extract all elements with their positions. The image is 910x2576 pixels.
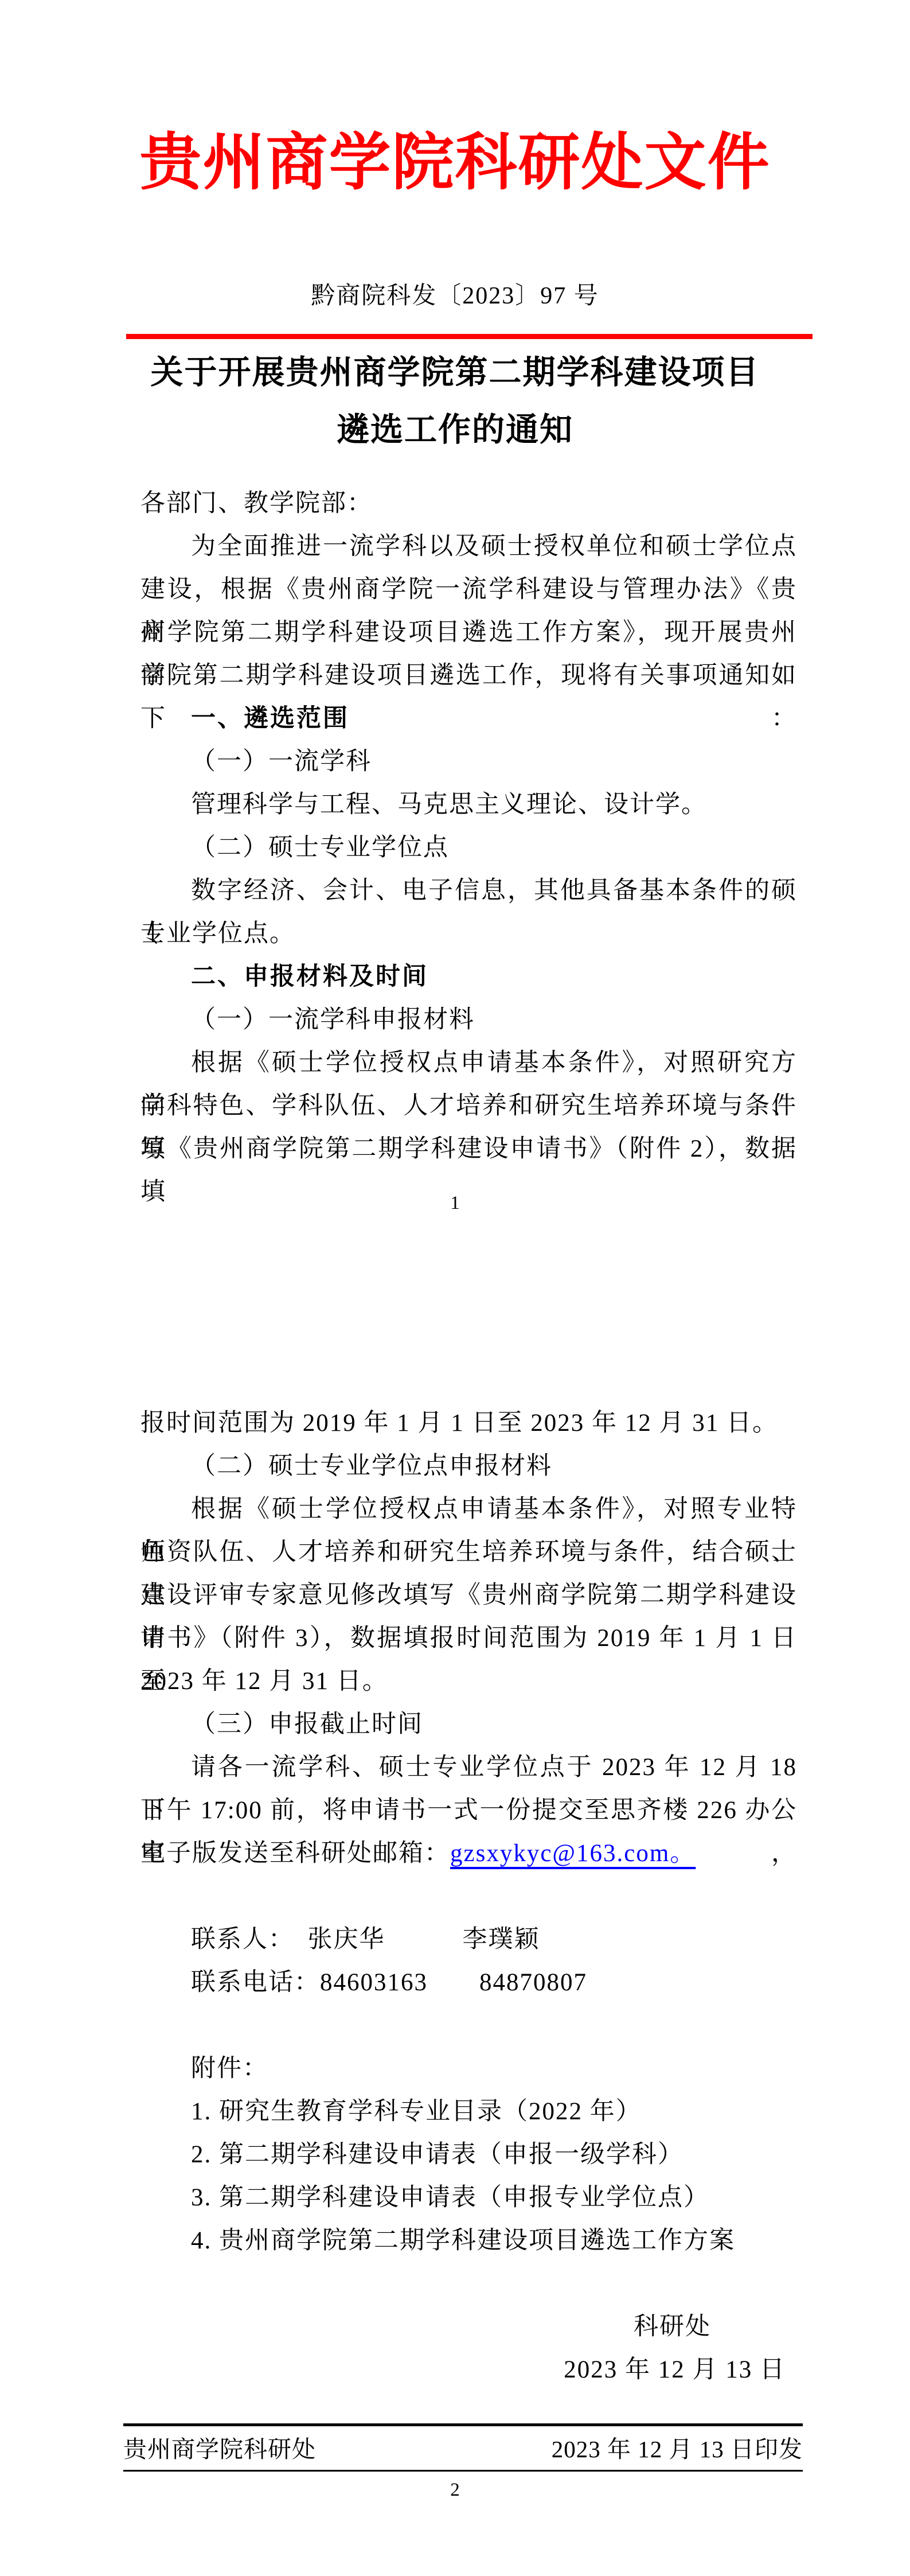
- body-line: 请各一流学科、硕士专业学位点于 2023 年 12 月 18 日: [140, 1746, 797, 1789]
- spacer: [140, 2262, 797, 2305]
- agency-header-title: 贵州商学院科研处文件: [0, 125, 910, 202]
- page-2-body: 报时间范围为 2019 年 1 月 1 日至 2023 年 12 月 31 日。…: [140, 1402, 797, 2391]
- salutation: 各部门、教学院部：: [140, 482, 797, 525]
- subsection-heading: （一）一流学科: [140, 740, 797, 783]
- body-line: 根据《硕士学位授权点申请基本条件》，对照研究方向、: [140, 1041, 797, 1084]
- body-line: 管理科学与工程、马克思主义理论、设计学。: [140, 783, 797, 826]
- body-line: 建设评审专家意见修改填写《贵州商学院第二期学科建设申: [140, 1574, 797, 1617]
- notice-title: 关于开展贵州商学院第二期学科建设项目 遴选工作的通知: [0, 344, 910, 459]
- body-line: 学科特色、学科队伍、人才培养和研究生培养环境与条件填: [140, 1084, 797, 1127]
- subsection-heading: （三）申报截止时间: [140, 1703, 797, 1746]
- footer-divider-bottom: [123, 2470, 803, 2472]
- body-line: 为全面推进一流学科以及硕士授权单位和硕士学位点: [140, 525, 797, 568]
- notice-title-line-2: 遴选工作的通知: [0, 402, 910, 459]
- body-line: 学院第二期学科建设项目遴选工作，现将有关事项通知如下：: [140, 654, 797, 697]
- email-label: 电子版发送至科研处邮箱：: [140, 1840, 450, 1867]
- section-heading: 二、申报材料及时间: [140, 955, 797, 998]
- body-line: 商学院第二期学科建设项目遴选工作方案》，现开展贵州商: [140, 611, 797, 654]
- email-link[interactable]: gzsxykyc@163.com。: [450, 1840, 696, 1867]
- contact-phone-line: 联系电话：84603163 84870807: [140, 1961, 797, 2004]
- official-document: 贵州商学院科研处文件 黔商院科发〔2023〕97 号 关于开展贵州商学院第二期学…: [0, 0, 910, 2576]
- subsection-heading: （二）硕士专业学位点: [140, 826, 797, 869]
- red-separator-line: [126, 334, 813, 339]
- body-line: 请书》（附件 3），数据填报时间范围为 2019 年 1 月 1 日至: [140, 1617, 797, 1660]
- body-line: 2023 年 12 月 31 日。: [140, 1660, 797, 1703]
- page-number-2: 2: [0, 2477, 910, 2503]
- footer-divider-top: [123, 2423, 803, 2426]
- body-line: 师资队伍、人才培养和研究生培养环境与条件，结合硕士点: [140, 1531, 797, 1574]
- document-number: 黔商院科发〔2023〕97 号: [0, 280, 910, 312]
- contact-person-line: 联系人： 张庆华 李璞颖: [140, 1918, 797, 1961]
- attachments-label: 附件：: [140, 2047, 797, 2090]
- footer-print-date: 2023 年 12 月 13 日印发: [552, 2433, 803, 2466]
- attachment-item: 2. 第二期学科建设申请表（申报一级学科）: [140, 2133, 797, 2176]
- subsection-heading: （一）一流学科申报材料: [140, 998, 797, 1041]
- notice-title-line-1: 关于开展贵州商学院第二期学科建设项目: [0, 344, 910, 402]
- page-1-body: 各部门、教学院部： 为全面推进一流学科以及硕士授权单位和硕士学位点 建设，根据《…: [140, 482, 797, 1170]
- body-line: 报时间范围为 2019 年 1 月 1 日至 2023 年 12 月 31 日。: [140, 1402, 797, 1445]
- body-line: 数字经济、会计、电子信息，其他具备基本条件的硕士: [140, 869, 797, 912]
- body-line: 专业学位点。: [140, 912, 797, 955]
- signature-org: 科研处: [140, 2305, 797, 2348]
- subsection-heading: （二）硕士专业学位点申报材料: [140, 1445, 797, 1488]
- signature-date: 2023 年 12 月 13 日: [140, 2348, 797, 2391]
- body-line: 根据《硕士学位授权点申请基本条件》，对照专业特色、: [140, 1488, 797, 1531]
- footer-issuer: 贵州商学院科研处: [123, 2433, 316, 2466]
- attachment-item: 4. 贵州商学院第二期学科建设项目遴选工作方案: [140, 2219, 797, 2262]
- footer-row: 贵州商学院科研处 2023 年 12 月 13 日印发: [123, 2433, 803, 2466]
- spacer: [140, 1875, 797, 1918]
- body-line: 建设，根据《贵州商学院一流学科建设与管理办法》《贵州: [140, 568, 797, 611]
- spacer: [140, 2004, 797, 2047]
- page-number-1: 1: [0, 1190, 910, 1216]
- body-line: 写《贵州商学院第二期学科建设申请书》（附件 2），数据填: [140, 1127, 797, 1170]
- attachment-item: 3. 第二期学科建设申请表（申报专业学位点）: [140, 2176, 797, 2219]
- attachment-item: 1. 研究生教育学科专业目录（2022 年）: [140, 2090, 797, 2133]
- body-line: 下午 17:00 前，将申请书一式一份提交至思齐楼 226 办公室，: [140, 1789, 797, 1832]
